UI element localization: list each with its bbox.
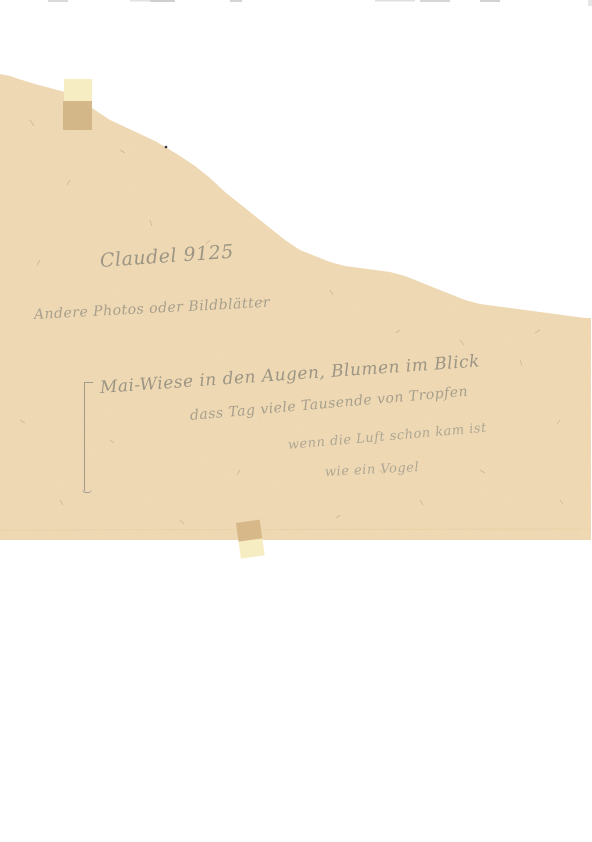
scanned-page: Claudel 9125 Andere Photos oder Bildblät… <box>0 0 592 842</box>
bracket-mark <box>84 382 93 491</box>
tape-top-left <box>63 79 92 130</box>
tape-bottom-center <box>236 520 265 559</box>
